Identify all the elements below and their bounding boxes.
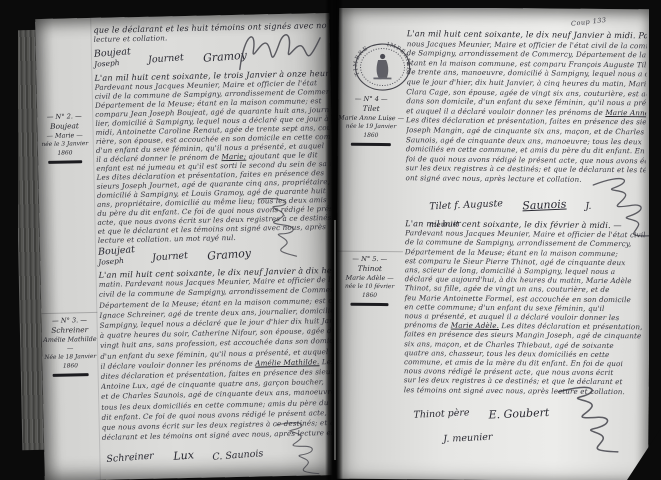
- act-surname: Thinot: [337, 264, 403, 275]
- act4-body-text: L'an mil huit cent soixante, le dix neuf…: [406, 29, 647, 185]
- timbre-imperial-stamp: TIMBRE IMPÉRIAL: [352, 41, 412, 98]
- underlined-name: Marie Adèle.: [451, 321, 499, 330]
- register-right-page: Coup 133 TIMBRE IMPÉRIAL — N° 4 — Tilet …: [335, 7, 652, 480]
- signature-joseph: Joseph: [98, 255, 135, 267]
- corner-annotation: Coup 133: [571, 16, 607, 28]
- margin-note-act2: — N° 2. — Boujeat — Marie — née le 3 Jan…: [37, 112, 92, 164]
- signature-goubert: E. Goubert: [488, 406, 549, 422]
- signature-saunois: Saunois: [522, 197, 567, 212]
- margin-underline-bar: [351, 143, 391, 146]
- signature-tilet: Tilet f. Auguste: [429, 198, 503, 212]
- signature-schreiner: Schreiner: [106, 451, 154, 465]
- act-birth-date: née le 19 Janvier 1860: [338, 123, 404, 142]
- gutter-page-edge-sliver: [334, 220, 336, 460]
- signature-joseph: Joseph: [94, 57, 131, 69]
- margin-underline-bar: [53, 373, 89, 376]
- margin-rule: [337, 251, 403, 253]
- signature-saunois: C. Saunois: [212, 448, 264, 463]
- stamp-figure-body: [377, 60, 389, 78]
- margin-note-act4: — N° 4 — Tilet Marie Anne Luise — née le…: [338, 95, 404, 146]
- margin-note-act3: — N° 3. — Schreiner Amélie Mathilde — Né…: [41, 316, 98, 377]
- signature-lux: Lux: [172, 448, 193, 462]
- margin-underline-bar: [48, 160, 82, 163]
- signature-journet: Journet: [152, 250, 188, 264]
- margin-note-act5: — N° 5. — Thinot Marie Adèle — née le 10…: [336, 255, 402, 306]
- signature-journet: Journet: [148, 52, 184, 66]
- signature-stack: Boujeat Joseph: [94, 47, 131, 68]
- act5-signatures-row1: Thinot père E. Goubert: [413, 401, 563, 421]
- margin-underline-bar: [350, 303, 388, 306]
- underlined-name: Marie Anne Luise.: [605, 108, 646, 118]
- signature-gramoy: Gramoy: [207, 247, 252, 263]
- act5-body-text: L'an mil huit cent soixante, le dix févr…: [404, 219, 646, 396]
- act-given-name: Amélie Mathilde —: [42, 335, 98, 354]
- act-birth-date: née le 10 février 1860: [336, 283, 402, 302]
- signature-thinot-pere: Thinot père: [413, 407, 469, 420]
- stamp-figure-head: [380, 54, 385, 59]
- register-left-page: que le déclarant et les huit témoins ont…: [35, 13, 339, 480]
- scan-left-border: [0, 0, 18, 480]
- margin-rule: [41, 312, 97, 314]
- act-birth-date: Née le 18 Janvier 1860: [42, 353, 98, 372]
- act-birth-date: née le 3 Janvier 1860: [38, 140, 92, 159]
- act5-signatures-row2: J. meunier: [443, 426, 506, 446]
- act3-signatures: Schreiner Lux C. Saunois: [106, 442, 278, 465]
- act2-signatures: Boujeat Joseph Journet Gramoy: [98, 242, 265, 265]
- underlined-name: Amélie Mathilde.: [255, 357, 319, 367]
- act-surname: Tilet: [338, 104, 404, 115]
- signature-stack: Boujeat Joseph: [98, 245, 135, 266]
- scan-right-border: [649, 0, 661, 480]
- signature-meunier: J. meunier: [443, 432, 493, 445]
